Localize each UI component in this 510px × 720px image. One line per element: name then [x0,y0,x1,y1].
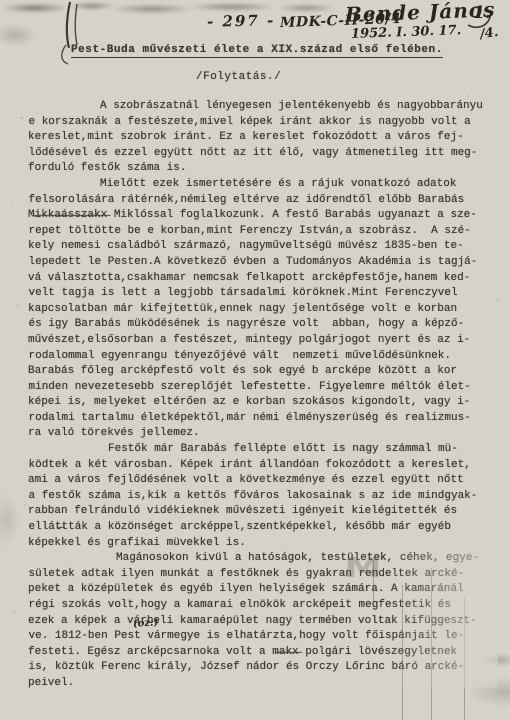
text-line: képekkel és grafikai müvekkel is. [28,536,490,552]
text-line: A szobrászatnál lényegesen jelentékenyeb… [28,99,490,115]
text-line: festeti. Egész arcképcsarnoka volt a m̶a… [28,645,490,661]
text-line: rodalommal egyenrangu tényezőjévé vált n… [29,349,491,365]
text-line: vá választotta,csakhamar nemcsak felkapo… [28,271,490,287]
text-line: ezek a képek a várbeli kamaraépület nagy… [28,614,490,630]
text-line: velt tagja is lett a legjobb társadalmi … [29,286,491,302]
paragraph: A szobrászatnál lényegesen jelentékenyeb… [28,99,490,177]
text-line: a festők száma is,kik a kettős főváros l… [29,489,491,505]
text-line: peivel. [28,676,490,692]
text-line: Barabás főleg arcképfestő volt és sok eg… [28,364,490,380]
handwritten-date-note: 1952. I. 30. 17. [351,23,462,42]
paragraph: Mielőtt ezek ismertetésére és a rájuk vo… [28,177,490,442]
text-line: ami a város fejlődésének volt a következ… [28,473,490,489]
text-line: ve. 1812-ben Pest vármegye is elhatárzta… [29,629,491,645]
document-body: A szobrászatnál lényegesen jelentékenyeb… [28,99,490,692]
text-line: régi szokás volt,hogy a kamarai elnökök … [29,598,491,614]
text-line: peket a középületek és egyéb ilyen helyi… [28,582,490,598]
handwritten-corner-number: 1. [473,3,491,23]
handwritten-correction-note: (oz:) [133,617,159,630]
text-line: e korszaknák a festészete,mivel képek ir… [29,115,491,131]
text-line: ra való törekvés jellemez. [28,426,490,442]
text-line: kely nemesi családból származó, nagyműve… [28,239,490,255]
text-line: rodalmi tartalmu életképektől,már némi é… [29,411,491,427]
text-line: kapcsolatban már kifejtettük,ennek nagy … [28,302,490,318]
text-line: M̶i̶k̶k̶a̶á̶s̶s̶z̶a̶k̶x̶ Miklóssal fogla… [28,208,490,224]
scanned-document-page: Bende János - 297 - MDK-C-II-20/4 1952. … [0,0,510,720]
text-line: ellát̶tták a közönséget arcképpel,szentk… [29,520,491,536]
text-line: képei is, melyeket eltérően az e korban … [28,395,490,411]
text-line: sületek adtak ilyen munkát a festőknek é… [29,567,491,583]
text-line: is, köztük Ferenc király, József nádor é… [29,660,491,676]
text-line: ködtek a két városban. Képek iránt állan… [29,458,491,474]
text-line: forduló festők száma is. [28,161,490,177]
paragraph: Magánosokon kivül a hatóságok, testülete… [28,551,490,691]
handwritten-page-number: - 297 - [207,11,276,30]
document-subtitle: /Folytatás./ [196,71,281,83]
text-line: kereslet,mint szobrok iránt. Ez a keresl… [28,130,490,146]
text-line: és igy Barabás müködésének is nagyrésze … [29,317,491,333]
text-line: minden nevezetesebb szereplőjét lefestet… [29,380,491,396]
document-title: Pest-Buda művészeti élete a XIX.század e… [71,44,443,58]
text-line: repet töltötte be e korban,mint Ferenczy… [29,224,491,240]
handwritten-corner-suffix: /4. [479,25,499,42]
text-line: rabban felránduló vidékieknek művészeti … [28,504,490,520]
text-line: Mielőtt ezek ismertetésére és a rájuk vo… [28,177,490,193]
text-line: lődésével és ezzel együtt nőtt az itt él… [29,146,491,162]
text-line: Magánosokon kivül a hatóságok, testülete… [28,551,490,567]
text-line: lepedett le Pesten.A következő évben a T… [29,255,491,271]
text-line: művészet,elsősorban a festészet, mintegy… [28,333,490,349]
text-line: felsorolására rátérnék,némileg eltérve a… [29,193,491,209]
text-line: Festők már Barabás fellépte előtt is nag… [28,442,490,458]
paragraph: Festők már Barabás fellépte előtt is nag… [28,442,490,551]
